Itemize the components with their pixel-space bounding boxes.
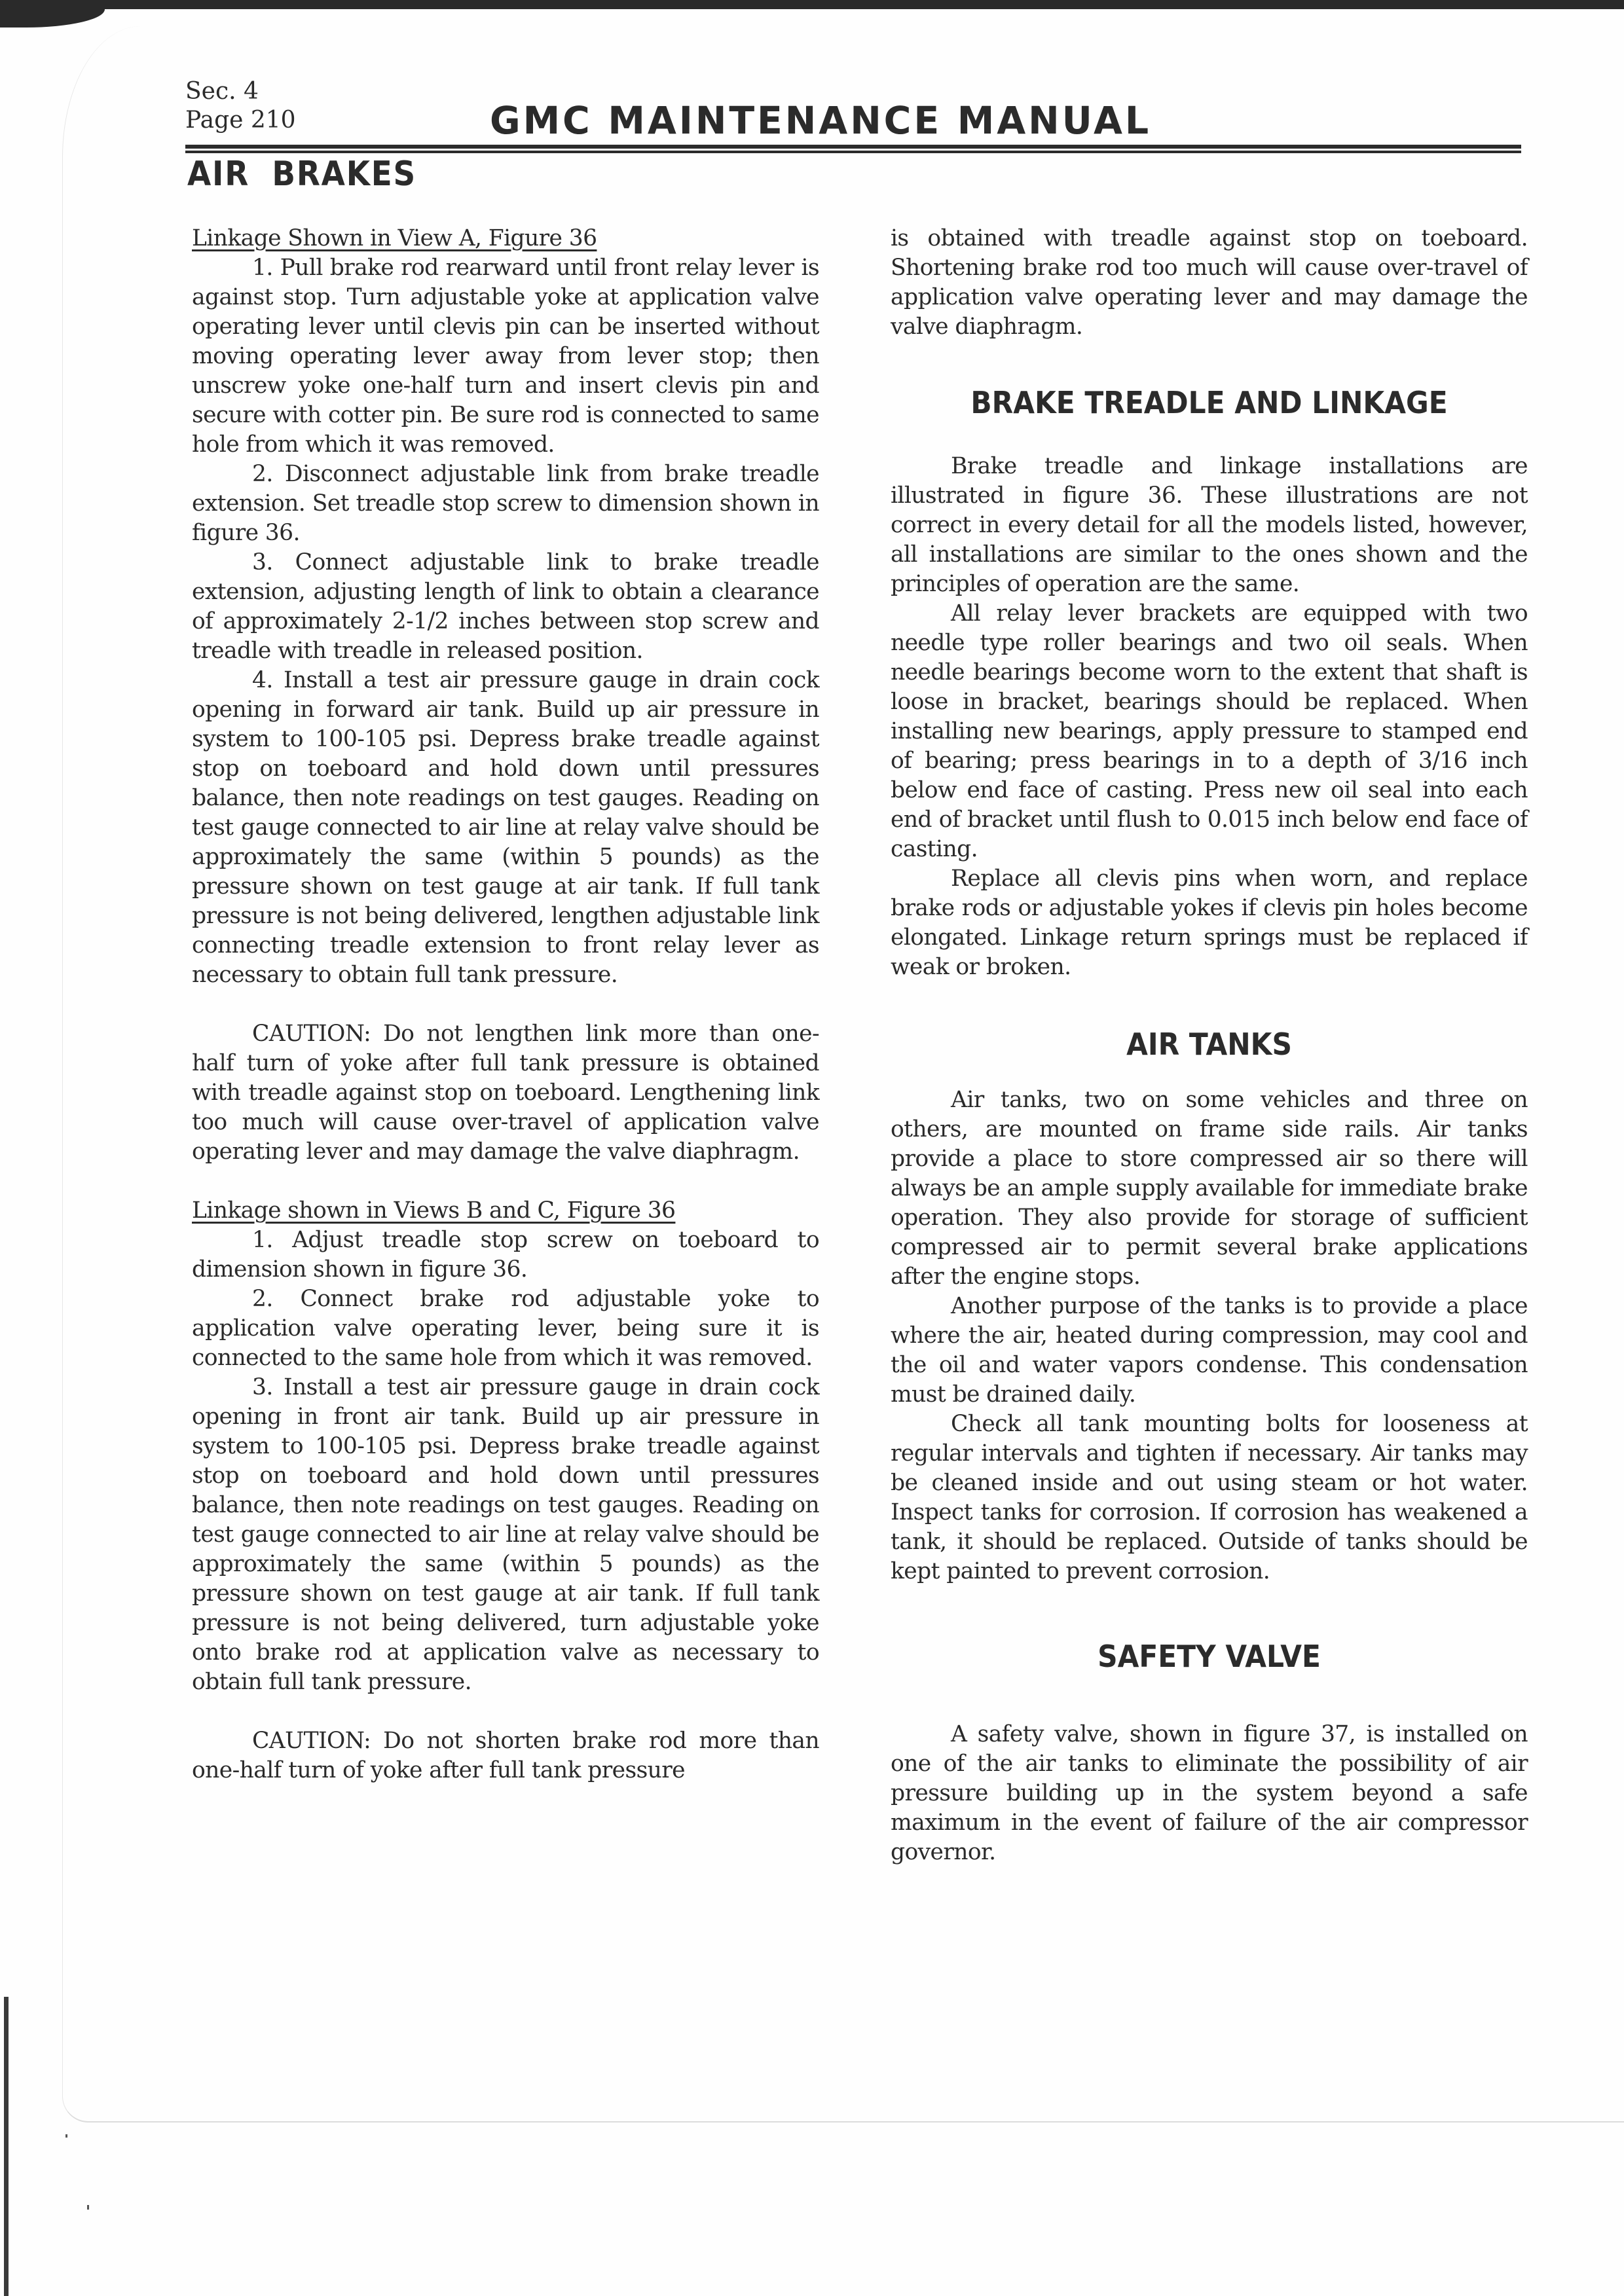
body-paragraph: Check all tank mounting bolts for loosen… <box>891 1410 1528 1586</box>
step-paragraph: 2. Connect brake rod adjustable yoke to … <box>192 1285 819 1373</box>
scan-top-edge <box>0 0 1624 9</box>
chapter-title: AIR BRAKES <box>187 155 416 194</box>
scan-left-edge <box>4 1997 9 2296</box>
subheading-view-a: Linkage Shown in View A, Figure 36 <box>192 224 819 253</box>
heading-safety-valve: SAFETY VALVE <box>916 1633 1502 1679</box>
caution-continued: is obtained with treadle against stop on… <box>891 224 1528 342</box>
step-paragraph: 4. Install a test air pressure gauge in … <box>192 666 819 990</box>
spacer <box>192 990 819 1019</box>
scan-speck <box>65 2134 67 2138</box>
page-location: Sec. 4 Page 210 <box>185 77 296 135</box>
manual-title: GMC MAINTENANCE MANUAL <box>490 98 1151 143</box>
subheading-views-b-c: Linkage shown in Views B and C, Figure 3… <box>192 1196 819 1226</box>
spacer <box>192 1697 819 1726</box>
body-paragraph: Air tanks, two on some vehicles and thre… <box>891 1085 1528 1292</box>
body-paragraph: Brake treadle and linkage installations … <box>891 452 1528 599</box>
spacer <box>192 1167 819 1196</box>
step-paragraph: 2. Disconnect adjustable link from brake… <box>192 460 819 548</box>
heading-brake-treadle: BRAKE TREADLE AND LINKAGE <box>916 380 1502 426</box>
body-paragraph: All relay lever brackets are equipped wi… <box>891 599 1528 864</box>
caution-paragraph: CAUTION: Do not lengthen link more than … <box>192 1019 819 1167</box>
header-rule-thin <box>185 151 1521 153</box>
left-column: Linkage Shown in View A, Figure 36 1. Pu… <box>192 224 819 1785</box>
section-number: Sec. 4 <box>185 77 296 106</box>
page-number: Page 210 <box>185 106 296 135</box>
caution-paragraph: CAUTION: Do not shorten brake rod more t… <box>192 1726 819 1785</box>
header-rule-thick <box>185 145 1521 149</box>
step-paragraph: 3. Install a test air pressure gauge in … <box>192 1373 819 1697</box>
manual-page: Sec. 4 Page 210 GMC MAINTENANCE MANUAL A… <box>0 0 1624 2296</box>
right-column: is obtained with treadle against stop on… <box>891 224 1528 1867</box>
step-paragraph: 1. Pull brake rod rearward until front r… <box>192 253 819 460</box>
step-paragraph: 1. Adjust treadle stop screw on toeboard… <box>192 1226 819 1285</box>
body-paragraph: A safety valve, shown in figure 37, is i… <box>891 1720 1528 1867</box>
step-paragraph: 3. Connect adjustable link to brake trea… <box>192 548 819 666</box>
body-paragraph: Replace all clevis pins when worn, and r… <box>891 864 1528 982</box>
body-paragraph: Another purpose of the tanks is to provi… <box>891 1292 1528 1410</box>
heading-air-tanks: AIR TANKS <box>916 1021 1502 1067</box>
scan-speck <box>87 2205 89 2210</box>
